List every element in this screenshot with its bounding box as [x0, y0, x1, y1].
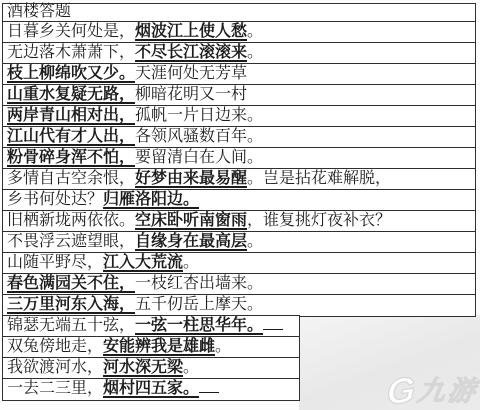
table-row: 乡书何处达？归雁洛阳边。 — [2, 189, 476, 212]
verse-segment: 。 — [183, 359, 199, 376]
verse-segment: 。 — [247, 233, 263, 250]
verse-segment: 。 — [183, 254, 199, 271]
verse-segment: 。 — [247, 44, 263, 61]
answer-segment: 山重水复疑无路， — [7, 86, 135, 103]
answer-segment: 一弦一柱思华年。 — [135, 317, 263, 334]
verse-segment: 乡书何处达？ — [7, 191, 103, 208]
verse-segment: 孤帆一片日边来。 — [135, 107, 263, 124]
verse-segment: 天涯何处无芳草 — [135, 65, 247, 82]
verse-segment: 双兔傍地走， — [7, 338, 103, 355]
answer-segment: 河水深无梁 — [103, 359, 183, 376]
table-row: 三万里河东入海，五千仞岳上摩天。 — [2, 294, 476, 317]
table-row: 两岸青山相对出，孤帆一片日边来。 — [2, 105, 476, 128]
verse-segment: 。 — [247, 23, 263, 40]
verse-segment: 旧栖新垅两依依。 — [7, 212, 135, 229]
answer-segment: 归雁洛阳边。 — [103, 191, 199, 208]
quiz-answer-table: 酒楼答题 日暮乡关何处是，烟波江上使人愁。无边落木萧萧下，不尽长江滚滚来。枝上柳… — [2, 3, 476, 401]
verse-segment: 柳暗花明又一村 — [135, 86, 247, 103]
table-row: 山随平野尽，江入大荒流。 — [2, 252, 476, 275]
answer-segment: 三万里河东入海， — [7, 296, 135, 313]
table-row: 旧栖新垅两依依。空床卧听南窗雨，谁复挑灯夜补衣？ — [2, 210, 476, 233]
answer-segment: 烟村四五家。 — [103, 380, 199, 397]
verse-segment: 一去二三里， — [7, 380, 103, 397]
verse-segment: 。 — [215, 338, 231, 355]
answer-segment: 安能辨我是雄雌 — [103, 338, 215, 355]
answer-segment: 两岸青山相对出， — [7, 107, 135, 124]
underline-tail — [199, 379, 219, 393]
table-row: 枝上柳绵吹又少。天涯何处无芳草 — [2, 63, 476, 86]
verse-segment: 不畏浮云遮望眼， — [7, 233, 135, 250]
answer-segment: 枝上柳绵吹又少。 — [7, 65, 135, 82]
answer-segment: 粉骨碎身浑不怕， — [7, 149, 135, 166]
table-row: 锦瑟无端五十弦，一弦一柱思华年。 — [2, 315, 300, 338]
answer-segment: 江入大荒流 — [103, 254, 183, 271]
answer-segment: 自缘身在最高层 — [135, 233, 247, 250]
table-row: 山重水复疑无路，柳暗花明又一村 — [2, 84, 476, 107]
verse-segment: 山随平野尽， — [7, 254, 103, 271]
answer-segment: 春色满园关不住， — [7, 275, 135, 292]
table-row: 不畏浮云遮望眼，自缘身在最高层。 — [2, 231, 476, 254]
table-row: 一去二三里，烟村四五家。 — [2, 378, 300, 401]
verse-segment: 我欲渡河水， — [7, 359, 103, 376]
verse-segment: 各领风骚数百年。 — [135, 128, 263, 145]
verse-segment: 一枝红杏出墙来。 — [135, 275, 263, 292]
table-row: 春色满园关不住，一枝红杏出墙来。 — [2, 273, 476, 296]
verse-segment: 日暮乡关何处是， — [7, 23, 135, 40]
quiz-rows: 日暮乡关何处是，烟波江上使人愁。无边落木萧萧下，不尽长江滚滚来。枝上柳绵吹又少。… — [2, 21, 476, 401]
verse-segment: 无边落木萧萧下， — [7, 44, 135, 61]
answer-segment: 江山代有才人出， — [7, 128, 135, 145]
sheet-title-row: 酒楼答题 — [2, 3, 476, 23]
table-row: 日暮乡关何处是，烟波江上使人愁。 — [2, 21, 476, 44]
verse-segment: 要留清白在人间。 — [135, 149, 263, 166]
table-row: 多情自古空余恨，好梦由来最易醒。岂是拈花难解脱， — [2, 168, 476, 191]
table-row: 粉骨碎身浑不怕，要留清白在人间。 — [2, 147, 476, 170]
table-row: 双兔傍地走，安能辨我是雄雌。 — [2, 336, 300, 359]
table-row: 无边落木萧萧下，不尽长江滚滚来。 — [2, 42, 476, 65]
answer-segment: 烟波江上使人愁 — [135, 23, 247, 40]
answer-segment: 不尽长江滚滚来 — [135, 44, 247, 61]
verse-segment: 锦瑟无端五十弦， — [7, 317, 135, 334]
verse-segment: 。岂是拈花难解脱， — [247, 170, 391, 187]
answer-segment: 空床卧听南窗雨 — [135, 212, 247, 229]
table-row: 我欲渡河水，河水深无梁。 — [2, 357, 300, 380]
answer-segment: 好梦由来最易醒 — [135, 170, 247, 187]
table-row: 江山代有才人出，各领风骚数百年。 — [2, 126, 476, 149]
verse-segment: 五千仞岳上摩天。 — [135, 296, 263, 313]
underline-tail — [263, 316, 283, 330]
verse-segment: 多情自古空余恨， — [7, 170, 135, 187]
verse-segment: ，谁复挑灯夜补衣？ — [247, 212, 391, 229]
page-title: 酒楼答题 — [7, 3, 71, 20]
